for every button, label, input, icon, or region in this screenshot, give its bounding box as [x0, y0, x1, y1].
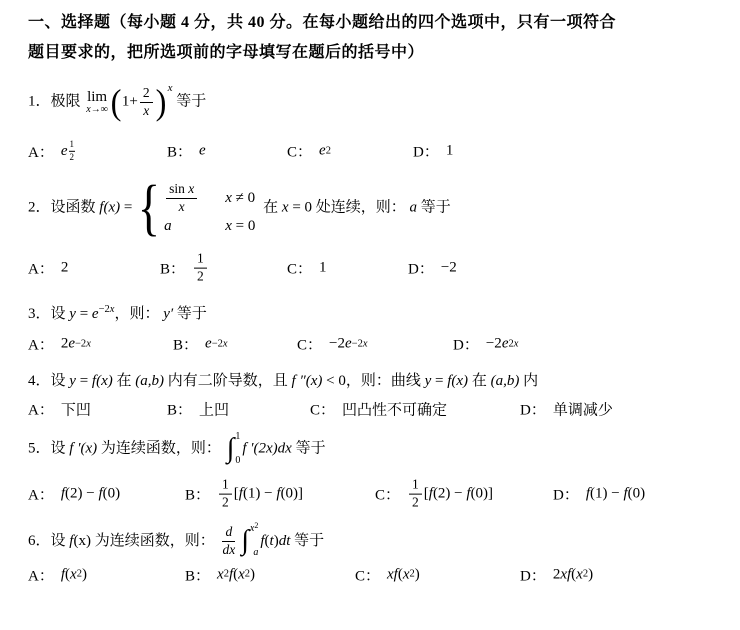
q2-post-2: 处连续，则：: [316, 199, 406, 215]
sinx-over-x-fraction: sin xx: [166, 181, 197, 216]
equals-sign: =: [124, 199, 132, 215]
q1-option-d: D：1: [413, 141, 453, 162]
fraction-numerator: 2: [140, 85, 153, 103]
math-interval-ab: (a,b): [491, 373, 520, 389]
q4-number: 4．: [28, 373, 51, 389]
q3-mid-text: ，则：: [114, 306, 159, 322]
math-e: e: [92, 306, 99, 322]
d-dx-fraction: ddx: [220, 524, 237, 559]
one-half-fraction: 12: [219, 477, 232, 512]
q3-number: 3．: [28, 306, 51, 322]
paren-x: (x): [73, 533, 91, 549]
q3-pre-text: 设: [51, 306, 66, 322]
math-fx: f(x): [92, 373, 113, 389]
q4-t3: 内有二阶导数，且: [168, 373, 288, 389]
q6-t1: 设: [51, 533, 66, 549]
q4-t6: 内: [523, 373, 538, 389]
q2-option-a: A：2: [28, 258, 68, 279]
q6-t3: 等于: [294, 533, 324, 549]
math-y: y: [69, 373, 76, 389]
integrand: f ′(2x)dx: [242, 440, 292, 456]
option-c-label: C：: [287, 258, 312, 279]
q5-option-c: C：12[f(2) − f(0)]: [375, 477, 493, 512]
q1-exponent: x: [168, 82, 173, 94]
q6-option-a: A：f(x2): [28, 564, 87, 585]
lim-subscript: x→∞: [86, 105, 108, 115]
question-4-options: A：下凹 B：上凹 C：凹凸性不可确定 D：单调减少: [28, 396, 728, 422]
math-a: a: [410, 199, 418, 215]
fraction-numerator: sin x: [166, 181, 197, 199]
q5-option-a: A：f(2) − f(0): [28, 484, 120, 505]
integral-limits: x2a: [250, 524, 258, 558]
integral-sign: ∫: [227, 433, 235, 465]
q3-option-c: C：−2e−2x: [297, 334, 368, 355]
q4-t2: 在: [117, 373, 132, 389]
q6-number: 6．: [28, 533, 51, 549]
condition-2: x = 0: [225, 218, 255, 235]
question-3-options: A：2e−2x B：e−2x C：−2e−2x D：−2e2x: [28, 331, 728, 357]
math-fx: f(x): [99, 199, 120, 215]
q2-option-d: D：−2: [408, 258, 457, 279]
q5-option-b: B：12[f(1) − f(0)]: [185, 477, 303, 512]
option-a-label: A：: [28, 141, 54, 162]
math-fx: f(x): [447, 373, 468, 389]
math-y: y: [69, 306, 76, 322]
lim-word: lim: [87, 90, 107, 105]
equals-sign: =: [435, 373, 443, 389]
q5-number: 5．: [28, 440, 51, 456]
math-interval-ab: (a,b): [135, 373, 164, 389]
less-than-zero: < 0: [326, 373, 346, 389]
q4-t1: 设: [51, 373, 66, 389]
question-5-options: A：f(2) − f(0) B：12[f(1) − f(0)] C：12[f(2…: [28, 472, 728, 516]
limit-operator: limx→∞: [86, 90, 108, 115]
question-1-options: A：e12 B：e C：e2 D：1: [28, 132, 728, 170]
option-b-label: B：: [160, 258, 185, 279]
piecewise-cases: sin xxx ≠ 0ax = 0: [164, 181, 255, 236]
q4-t5: 在: [472, 373, 487, 389]
condition-1: x ≠ 0: [225, 190, 255, 207]
q2-option-b: B：12: [160, 251, 209, 286]
option-b-label: B：: [167, 141, 192, 162]
question-2-stem: 2．设函数 f(x) ={sin xxx ≠ 0ax = 0 在 x = 0 处…: [28, 174, 728, 242]
q6-option-c: C：xf(x2): [355, 564, 420, 585]
math-f-prime-x: f ′(x): [69, 440, 97, 456]
header-line-2: 题目要求的，把所选项前的字母填写在题后的括号中）: [28, 38, 728, 68]
q1-option-a: A：e12: [28, 139, 75, 163]
q5-t1: 设: [51, 440, 66, 456]
q5-t3: 等于: [296, 440, 326, 456]
q3-option-a: A：2e−2x: [28, 334, 91, 355]
equals-sign: =: [80, 306, 88, 322]
q5-t2: 为连续函数，则：: [101, 440, 221, 456]
fraction-denominator: x: [141, 103, 151, 120]
question-4-stem: 4．设 y = f(x) 在 (a,b) 内有二阶导数，且 f ″(x) < 0…: [28, 369, 728, 390]
q4-option-d: D：单调减少: [520, 399, 613, 420]
math-x: x: [282, 199, 289, 215]
one-half-fraction: 12: [194, 251, 207, 286]
right-paren: ): [155, 80, 166, 124]
equals-sign: =: [80, 373, 88, 389]
q3-post-text: 等于: [177, 306, 207, 322]
case-2-value: a: [164, 218, 199, 235]
question-5-stem: 5．设 f ′(x) 为连续函数，则： ∫10f ′(2x)dx 等于: [28, 432, 728, 466]
q4-option-c: C：凹凸性不可确定: [310, 399, 447, 420]
option-a-label: A：: [28, 258, 54, 279]
q4-option-a: A：下凹: [28, 399, 91, 420]
math-y-prime: y′: [163, 306, 173, 322]
exam-document-page: 一、选择题（每小题 4 分，共 40 分。在每小题给出的四个选项中，只有一项符合…: [0, 0, 740, 589]
q1-option-b: B：e: [167, 141, 206, 162]
upper-limit: 1: [235, 432, 240, 442]
q6-option-d: D：2xf(x2): [520, 564, 593, 585]
exponent-half-fraction: 12: [69, 139, 76, 163]
q2-pre-text: 设函数: [51, 199, 96, 215]
q1-number: 1．: [28, 93, 51, 109]
math-y: y: [425, 373, 432, 389]
header-line-1: 一、选择题（每小题 4 分，共 40 分。在每小题给出的四个选项中，只有一项符合: [28, 8, 728, 38]
q6-option-b: B：x2f(x2): [185, 564, 255, 585]
q2-post-3: 等于: [421, 199, 451, 215]
question-2-options: A：2 B：12 C：1 D：−2: [28, 244, 728, 292]
option-d-label: D：: [408, 258, 434, 279]
fraction-denominator: x: [177, 199, 187, 216]
q1-option-c: C：e2: [287, 141, 331, 162]
one-half-fraction: 12: [409, 477, 422, 512]
q3-option-d: D：−2e2x: [453, 334, 518, 355]
q1-one-plus: 1+: [122, 93, 138, 109]
question-6-options: A：f(x2) B：x2f(x2) C：xf(x2) D：2xf(x2): [28, 561, 728, 589]
math-e: e: [199, 143, 206, 160]
lower-limit: 0: [235, 456, 240, 466]
exponent-minus-2x: −2x: [99, 304, 115, 315]
upper-limit-x-squared: x2: [250, 524, 258, 534]
question-6-stem: 6．设 f(x) 为连续函数，则： ddx∫x2af(t)dt 等于: [28, 524, 728, 559]
q4-option-b: B：上凹: [167, 399, 229, 420]
option-c-label: C：: [287, 141, 312, 162]
q6-t2: 为连续函数，则：: [95, 533, 215, 549]
math-e: e: [319, 143, 326, 160]
q1-post-text: 等于: [176, 93, 206, 109]
lower-limit-a: a: [253, 548, 258, 558]
definite-integral: ∫10: [227, 432, 241, 466]
value-one: 1: [446, 143, 454, 160]
question-3-stem: 3．设 y = e−2x，则： y′ 等于: [28, 302, 728, 323]
math-f-double-prime: f ″(x): [292, 373, 323, 389]
q1-pre-text: 极限: [51, 93, 81, 109]
q2-number: 2．: [28, 199, 51, 215]
left-paren: (: [110, 80, 121, 124]
definite-integral: ∫x2a: [241, 524, 258, 558]
question-1-stem: 1．极限 limx→∞(1+2x)x 等于: [28, 80, 728, 124]
q3-option-b: B：e−2x: [173, 334, 228, 355]
piecewise-brace: {: [138, 174, 160, 242]
math-e: e: [61, 143, 68, 160]
q5-option-d: D：f(1) − f(0): [553, 484, 645, 505]
q1-fraction: 2x: [140, 85, 153, 120]
equals-zero: = 0: [292, 199, 312, 215]
q2-post-1: 在: [263, 199, 278, 215]
integral-sign: ∫: [241, 525, 249, 557]
integral-limits: 10: [235, 432, 240, 466]
section-header: 一、选择题（每小题 4 分，共 40 分。在每小题给出的四个选项中，只有一项符合…: [28, 8, 728, 68]
q4-t4: ，则：曲线: [346, 373, 421, 389]
integrand: f(t)dt: [260, 533, 290, 549]
q2-option-c: C：1: [287, 258, 327, 279]
option-d-label: D：: [413, 141, 439, 162]
